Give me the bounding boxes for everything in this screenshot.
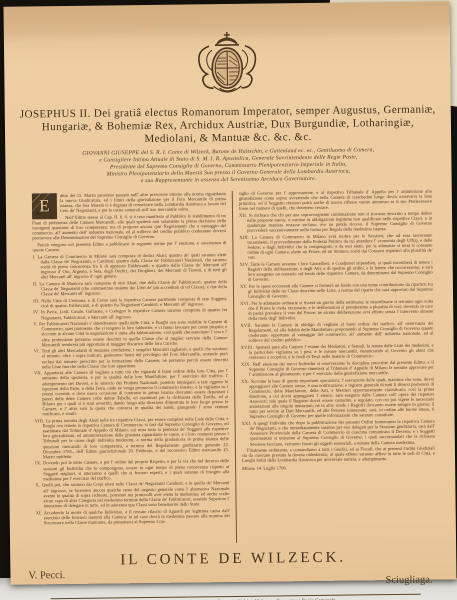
woodcut-initial: E: [32, 193, 57, 219]
item-number: V.: [33, 322, 37, 327]
countersignatures: V. Pecci. Sciugliaga.: [28, 565, 438, 596]
left-column: Editto del 15. Marzo prossimo passato nu…: [32, 191, 236, 545]
issuer-subtitle: GIOVANNI GIUSEPPE del S. R. I. Conte di …: [5, 146, 451, 186]
item-number: I.: [33, 254, 36, 259]
right-column: siglio di Governo per l' approvazione, e…: [232, 188, 436, 542]
item-number: XI.: [36, 510, 43, 515]
item-text: Nell' elezione dei nuovi Individui si os…: [249, 359, 434, 377]
ink-speck: [36, 211, 40, 214]
item-text: Siccome la base di queste importanti ope…: [249, 376, 434, 419]
closing-paragraph: Finalmente ordiniamo, e comandiamo a tut…: [242, 446, 435, 464]
edict-item: III. Nelle Città di Cremona, e di Como s…: [33, 296, 227, 309]
countersign-pecci: V. Pecci.: [28, 570, 65, 581]
edict-item: IV. In Pavia, Lodi, Casale, Gallarate, e…: [33, 307, 227, 320]
item-text: Saranno le Camere in obbligo di vegliare…: [248, 320, 433, 343]
edict-item: XVI. Per le adunanze ordinarie si fisser…: [240, 298, 433, 321]
edict-item: XIII. La Camera di Commercio in Milano a…: [239, 232, 432, 260]
edict-item: VIII. La prima nomina degli Abati nelle …: [35, 416, 229, 459]
item-text: Spetterà pure alle Camere l' esame dei M…: [249, 342, 434, 360]
item-number: IV.: [33, 310, 39, 315]
edict-item: XXI. A quegl' Individui che dopo la pubb…: [242, 419, 435, 447]
item-text: A quegl' Individui che dopo la pubblicaz…: [250, 419, 435, 447]
intro-text-1: ditto del 15. Marzo prossimo passato nul…: [60, 191, 226, 213]
imperial-coat-of-arms-icon: [4, 27, 451, 102]
intro-paragraph-1: Editto del 15. Marzo prossimo passato nu…: [32, 191, 226, 214]
item-number: VI.: [34, 349, 41, 354]
item-text: Per le adunanze ordinarie si fisserà un …: [248, 298, 433, 321]
edict-item: X. Quelli poi, che saranno dai Corpi ele…: [35, 480, 229, 508]
item-number: IX.: [35, 461, 42, 466]
item-number: XII.: [239, 213, 247, 218]
item-text: Nelle Città di Cremona, e di Como sarà l…: [41, 296, 227, 308]
body-columns: Editto del 15. Marzo prossimo passato nu…: [32, 188, 436, 545]
edict-item: XIX. Nell' elezione dei nuovi Individui …: [241, 359, 434, 377]
edict-item: XII. Si dichiara che chi per una sopravv…: [239, 210, 432, 233]
item-text: La Camera di Commercio in Milano sarà co…: [37, 252, 226, 280]
item-text: Per le spese occorrenti alle Camere si f…: [248, 281, 433, 299]
edict-item: XI. Accadendo la morte di qualche Indivi…: [36, 508, 230, 526]
item-text: Si dichiara che chi per una sopravvegnen…: [247, 210, 432, 233]
edict-item: XIV. Tutte le Camere avranno i loro Canc…: [240, 259, 433, 282]
item-text: Tutte le Camere avranno i loro Cancellie…: [248, 259, 433, 282]
item-text: La prima nomina degli Abati nelle tre ri…: [43, 416, 229, 459]
edict-item: XX. Siccome la base di queste importanti…: [241, 376, 434, 419]
item-number: X.: [35, 483, 40, 488]
item-text: Tutti gli altri Mercadanti di mezzana co…: [42, 346, 228, 369]
item-text: Per Fabbricatori Nazionali s' intenderan…: [39, 319, 227, 347]
item-text: La Camera di Mantova sarà composta di ot…: [39, 279, 227, 297]
edict-item: IX. Dovendo poi le dette Camere, e per l…: [35, 458, 229, 481]
edict-item: VII. Apparterrà alle Camere di vegliare …: [34, 368, 229, 416]
edict-item: I. La Camera di Commercio in Milano sarà…: [33, 252, 227, 280]
item-number: III.: [33, 298, 39, 303]
edict-paper: JOSEPHUS II. Dei gratiâ electus Romanoru…: [3, 1, 456, 584]
item-text: Quelli poi, che saranno dai Corpi eletti…: [42, 480, 230, 508]
item-number: II.: [33, 281, 38, 286]
item-text: Dovendo poi le dette Camere, e per l' or…: [43, 458, 229, 481]
item-number: VII.: [34, 371, 42, 376]
photographed-edict-page: { "colors":{"paper":"#ebc99d","ink":"#4f…: [0, 0, 457, 600]
dateline: Milano 14. Luglio 1786.: [242, 463, 435, 470]
item-number: XX.: [241, 378, 249, 383]
item-text: In Pavia, Lodi, Casale, Gallarate, e Cod…: [41, 307, 227, 319]
item-text: Apparterrà alle Camere di vegliare a tut…: [42, 368, 228, 416]
item-number: XV.: [240, 284, 248, 289]
edict-item: V. Per Fabbricatori Nazionali s' intende…: [33, 319, 227, 347]
edict-item: VI. Tutti gli altri Mercadanti di mezzan…: [34, 346, 228, 369]
intro-paragraph-2: Nell' Editto stesso al Cap. II. §. 8. si…: [32, 213, 226, 241]
edict-item: XVIII. Spetterà pure alle Camere l' esam…: [241, 342, 434, 360]
edict-item: XV. Per le spese occorrenti alle Camere …: [240, 281, 433, 299]
item-text: La Camera di Commercio in Milano avrà in…: [247, 232, 432, 260]
continuation-paragraph: siglio di Governo per l' approvazione, e…: [239, 188, 432, 211]
document-title: JOSEPHUS II. Dei gratiâ electus Romanoru…: [5, 103, 451, 147]
item-text: Accadendo la morte di qualche Individuo,…: [44, 508, 230, 526]
edict-item: II. La Camera di Mantova sarà composta d…: [33, 279, 227, 297]
edict-item: XVII. Saranno le Camere in obbligo di ve…: [240, 320, 433, 343]
countersign-sciugliaga: Sciugliaga.: [386, 574, 433, 586]
intro-paragraph-3: Perciò vengono col presente Editto a pub…: [32, 240, 226, 253]
